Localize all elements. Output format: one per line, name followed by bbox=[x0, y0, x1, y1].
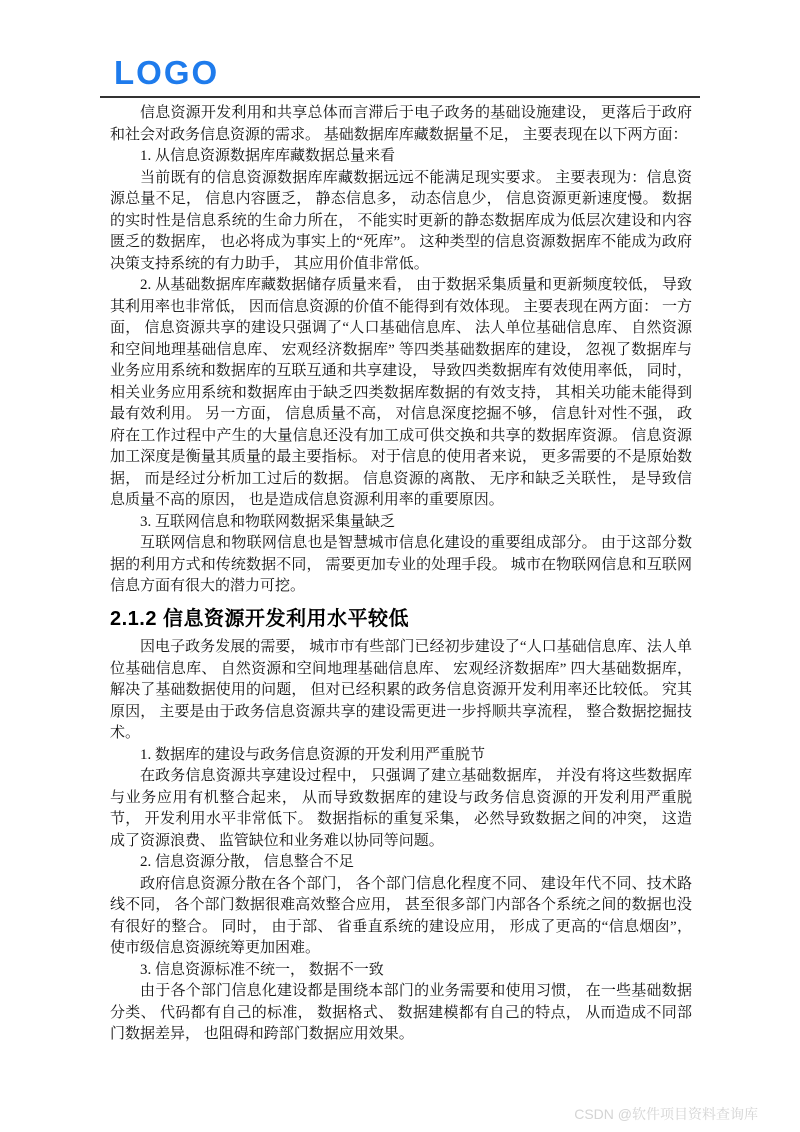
paragraph-iot-data: 互联网信息和物联网信息也是智慧城市信息化建设的重要组成部分。 由于这部分数据的利… bbox=[110, 533, 692, 598]
paragraph-scattered-info: 政府信息资源分散在各个部门， 各个部门信息化程度不同、 建设年代不同、技术路线不… bbox=[110, 874, 692, 960]
document-body: 信息资源开发利用和共享总体而言滞后于电子政务的基础设施建设， 更落后于政府和社会… bbox=[0, 98, 800, 1046]
paragraph-db-disconnect: 在政务信息资源共享建设过程中， 只强调了建立基础数据库， 并没有将这些数据库与业… bbox=[110, 766, 692, 852]
company-logo: LOGO bbox=[114, 56, 700, 89]
list-item-scattered-info: 2. 信息资源分散， 信息整合不足 bbox=[110, 852, 692, 874]
paragraph-storage-quality: 2. 从基础数据库库藏数据储存质量来看， 由于数据采集质量和更新频度较低， 导致… bbox=[110, 275, 692, 512]
document-page: LOGO 信息资源开发利用和共享总体而言滞后于电子政务的基础设施建设， 更落后于… bbox=[0, 0, 800, 1132]
paragraph-egov-need: 因电子政务发展的需要， 城市市有些部门已经初步建设了“人口基础信息库、法人单位基… bbox=[110, 637, 692, 745]
list-item-db-disconnect: 1. 数据库的建设与政务信息资源的开发利用严重脱节 bbox=[110, 745, 692, 767]
paragraph-total-volume: 当前既有的信息资源数据库库藏数据远远不能满足现实要求。 主要表现为：信息资源总量… bbox=[110, 168, 692, 276]
paragraph-standards: 由于各个部门信息化建设都是围绕本部门的业务需要和使用习惯， 在一些基础数据分类、… bbox=[110, 981, 692, 1046]
paragraph-intro: 信息资源开发利用和共享总体而言滞后于电子政务的基础设施建设， 更落后于政府和社会… bbox=[110, 103, 692, 146]
watermark-text: CSDN @软件项目资料查询库 bbox=[574, 1104, 758, 1124]
list-item-1: 1. 从信息资源数据库库藏数据总量来看 bbox=[110, 146, 692, 168]
page-header: LOGO bbox=[0, 0, 800, 98]
section-heading: 2.1.2 信息资源开发利用水平较低 bbox=[110, 609, 692, 631]
list-item-standards: 3. 信息资源标准不统一， 数据不一致 bbox=[110, 960, 692, 982]
list-item-3: 3. 互联网信息和物联网数据采集量缺乏 bbox=[110, 512, 692, 534]
